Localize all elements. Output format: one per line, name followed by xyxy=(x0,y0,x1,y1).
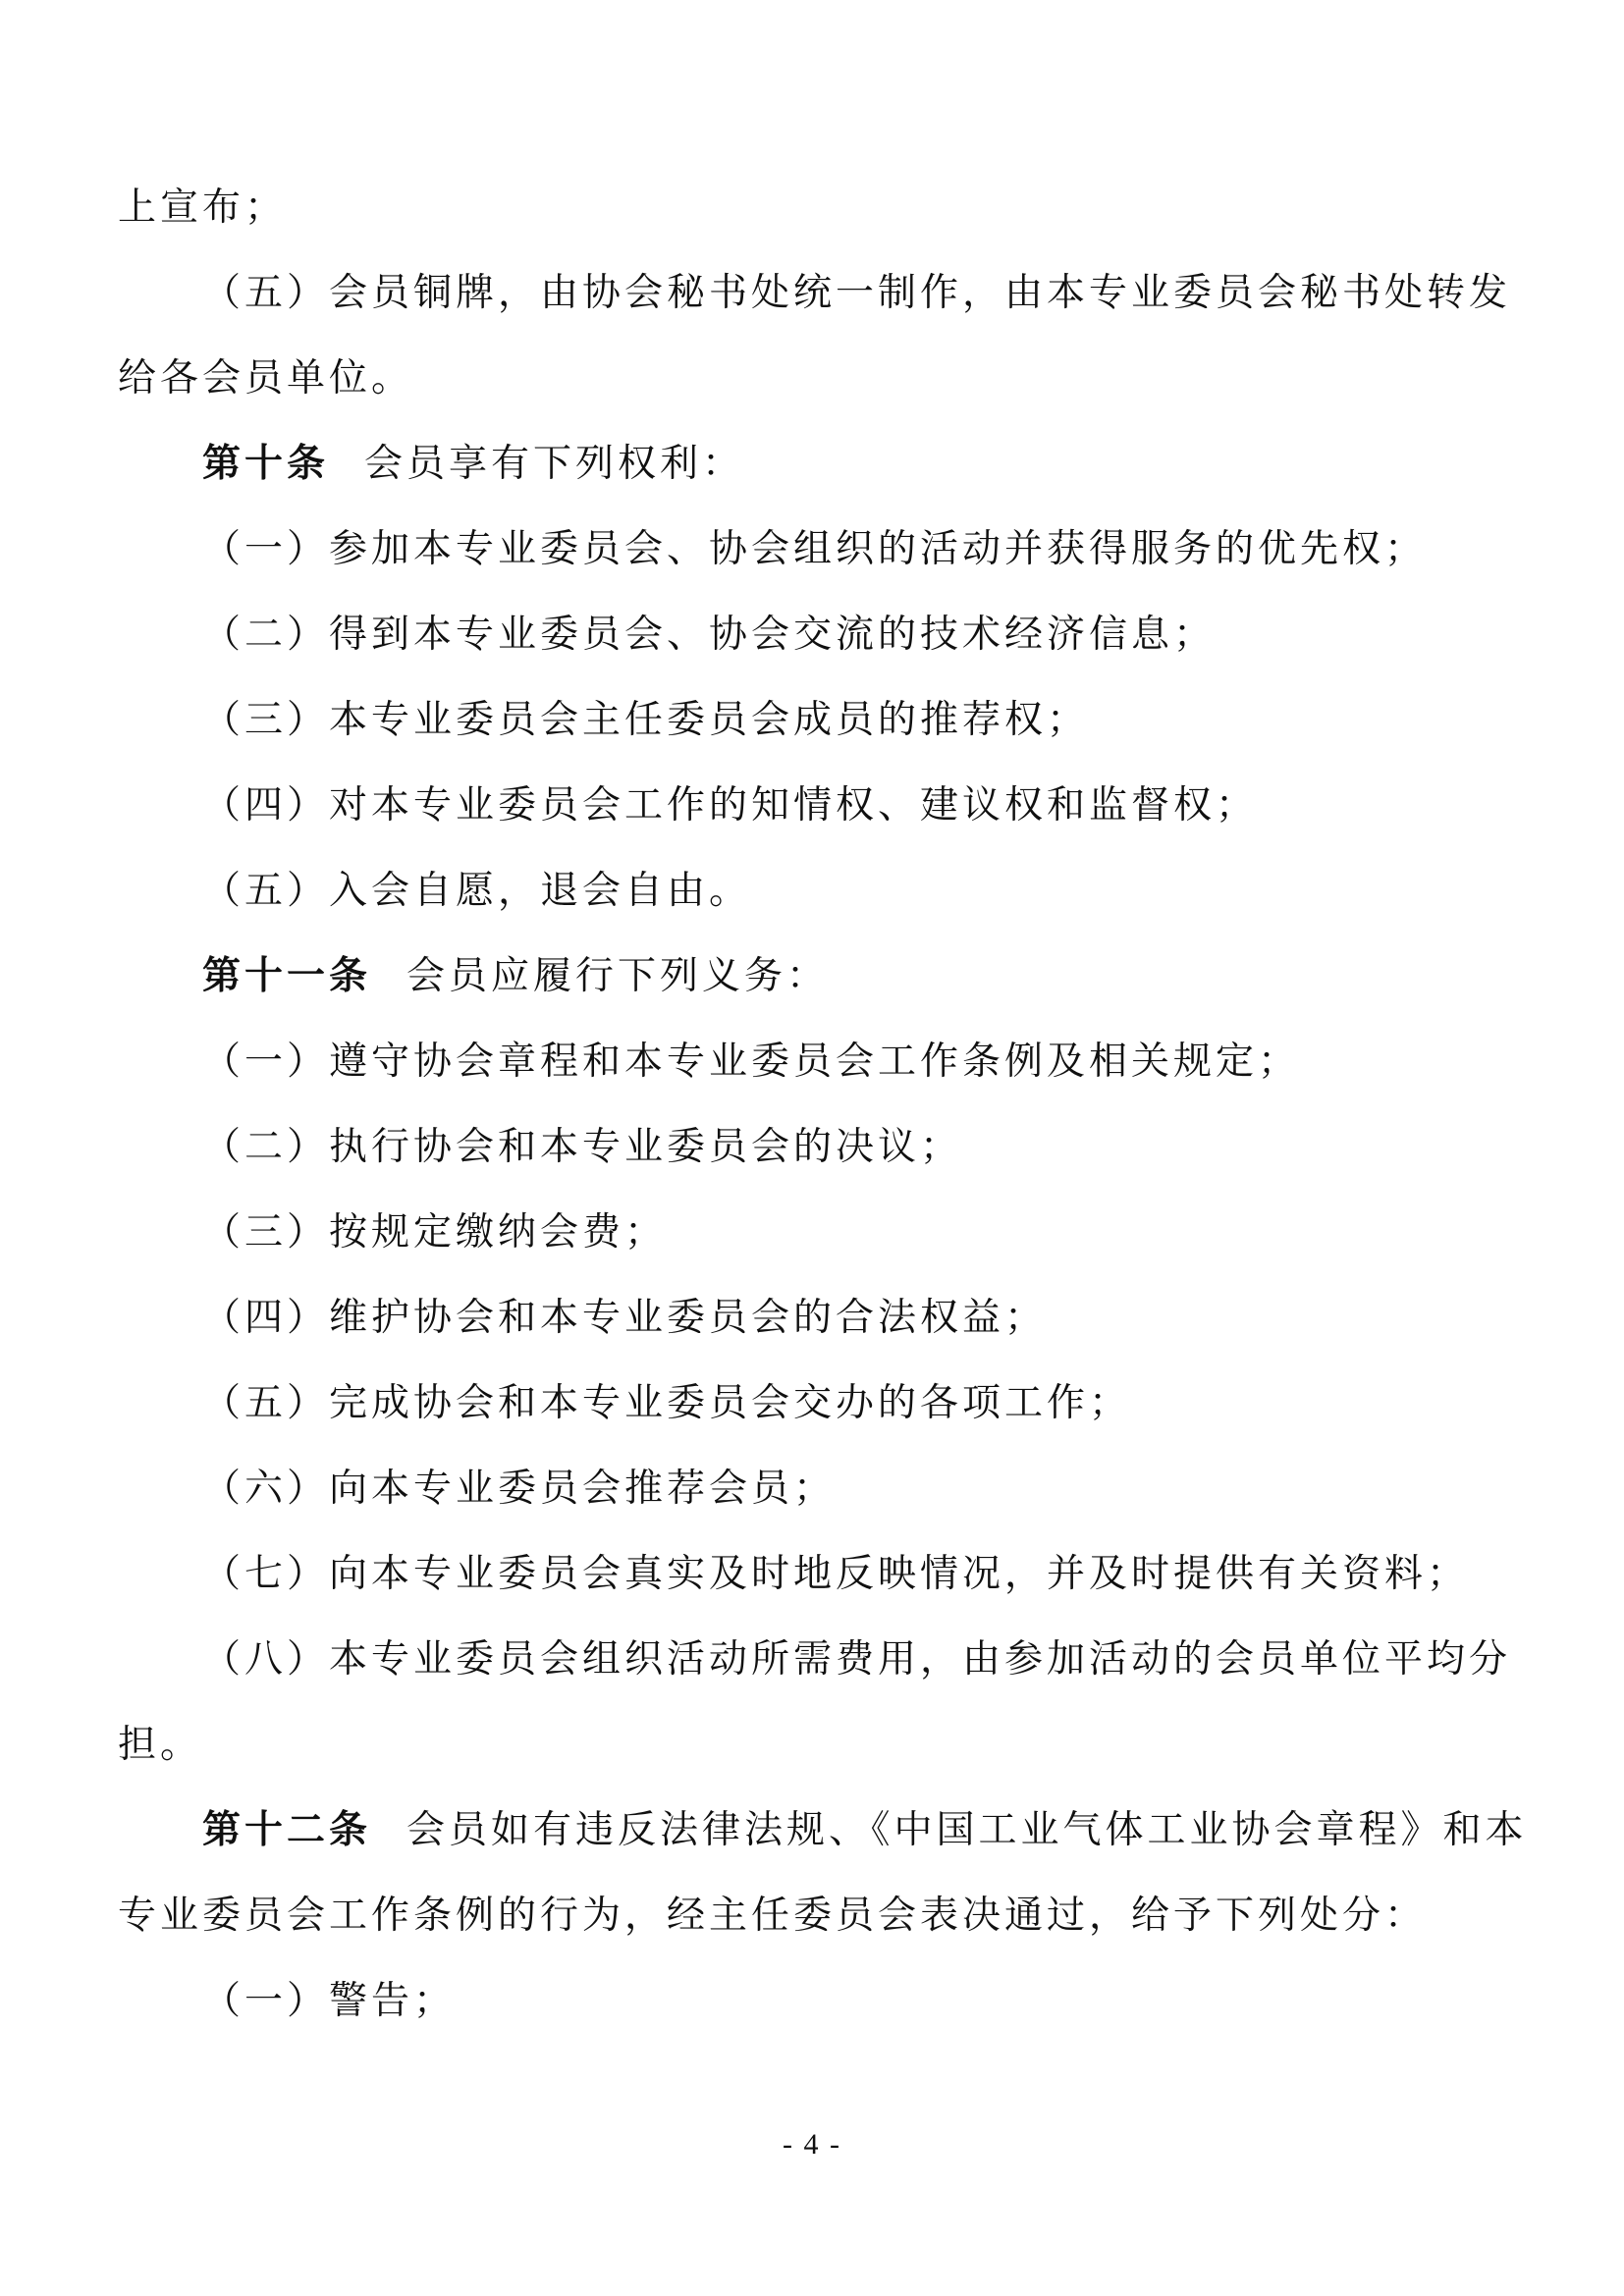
line-text: （五）入会自愿，退会自由。 xyxy=(202,870,751,912)
line-text: （三）本专业委员会主任委员会成员的推荐权； xyxy=(202,699,1089,741)
text-line: （四）维护协会和本专业委员会的合法权益； xyxy=(118,1275,1516,1361)
line-text: （六）向本专业委员会推荐会员； xyxy=(202,1468,836,1510)
article-number: 第十一条 xyxy=(202,955,371,997)
text-line: （六）向本专业委员会推荐会员； xyxy=(118,1446,1516,1531)
text-line: 第十一条会员应履行下列义务： xyxy=(118,934,1516,1019)
text-line: 担。 xyxy=(118,1702,1516,1788)
line-text: （五）会员铜牌，由协会秘书处统一制作，由本专业委员会秘书处转发 xyxy=(202,272,1511,314)
line-text: （四）对本专业委员会工作的知情权、建议权和监督权； xyxy=(202,784,1258,827)
line-text: 会员如有违反法律法规、《中国工业气体工业协会章程》和本 xyxy=(406,1809,1528,1851)
article-number: 第十二条 xyxy=(202,1809,371,1851)
article-number: 第十条 xyxy=(202,443,329,485)
page-number: - 4 - xyxy=(0,2128,1624,2162)
line-text: （一）遵守协会章程和本专业委员会工作条例及相关规定； xyxy=(202,1041,1300,1083)
document-page: 上宣布；（五）会员铜牌，由协会秘书处统一制作，由本专业委员会秘书处转发给各会员单… xyxy=(0,0,1624,2296)
text-line: （五）完成协会和本专业委员会交办的各项工作； xyxy=(118,1361,1516,1446)
text-line: （四）对本专业委员会工作的知情权、建议权和监督权； xyxy=(118,763,1516,848)
line-text: （二）执行协会和本专业委员会的决议； xyxy=(202,1126,962,1168)
line-text: 担。 xyxy=(118,1724,202,1766)
line-text: （八）本专业委员会组织活动所需费用，由参加活动的会员单位平均分 xyxy=(202,1638,1511,1681)
text-line: （八）本专业委员会组织活动所需费用，由参加活动的会员单位平均分 xyxy=(118,1617,1516,1702)
document-body: 上宣布；（五）会员铜牌，由协会秘书处统一制作，由本专业委员会秘书处转发给各会员单… xyxy=(118,165,1516,2044)
text-line: （一）警告； xyxy=(118,1958,1516,2044)
text-line: 第十二条会员如有违反法律法规、《中国工业气体工业协会章程》和本 xyxy=(118,1788,1516,1873)
text-line: （五）入会自愿，退会自由。 xyxy=(118,848,1516,934)
line-text: （四）维护协会和本专业委员会的合法权益； xyxy=(202,1297,1047,1339)
line-text: 给各会员单位。 xyxy=(118,357,413,400)
text-line: （三）本专业委员会主任委员会成员的推荐权； xyxy=(118,677,1516,763)
text-line: （一）参加本专业委员会、协会组织的活动并获得服务的优先权； xyxy=(118,507,1516,592)
text-line: 上宣布； xyxy=(118,165,1516,250)
text-line: （三）按规定缴纳会费； xyxy=(118,1190,1516,1275)
line-text: （七）向本专业委员会真实及时地反映情况，并及时提供有关资料； xyxy=(202,1553,1469,1595)
text-line: （五）会员铜牌，由协会秘书处统一制作，由本专业委员会秘书处转发 xyxy=(118,250,1516,336)
text-line: （七）向本专业委员会真实及时地反映情况，并及时提供有关资料； xyxy=(118,1531,1516,1617)
line-text: （二）得到本专业委员会、协会交流的技术经济信息； xyxy=(202,614,1216,656)
line-text: 会员应履行下列义务： xyxy=(406,955,829,997)
text-line: （二）执行协会和本专业委员会的决议； xyxy=(118,1104,1516,1190)
line-text: （三）按规定缴纳会费； xyxy=(202,1211,667,1254)
line-text: 上宣布； xyxy=(118,187,287,229)
line-text: 专业委员会工作条例的行为，经主任委员会表决通过，给予下列处分： xyxy=(118,1895,1427,1937)
line-text: （五）完成协会和本专业委员会交办的各项工作； xyxy=(202,1382,1131,1424)
text-line: （一）遵守协会章程和本专业委员会工作条例及相关规定； xyxy=(118,1019,1516,1104)
text-line: 给各会员单位。 xyxy=(118,336,1516,421)
text-line: 专业委员会工作条例的行为，经主任委员会表决通过，给予下列处分： xyxy=(118,1873,1516,1958)
text-line: 第十条会员享有下列权利： xyxy=(118,421,1516,507)
line-text: 会员享有下列权利： xyxy=(364,443,744,485)
text-line: （二）得到本专业委员会、协会交流的技术经济信息； xyxy=(118,592,1516,677)
line-text: （一）参加本专业委员会、协会组织的活动并获得服务的优先权； xyxy=(202,528,1427,570)
line-text: （一）警告； xyxy=(202,1980,456,2022)
